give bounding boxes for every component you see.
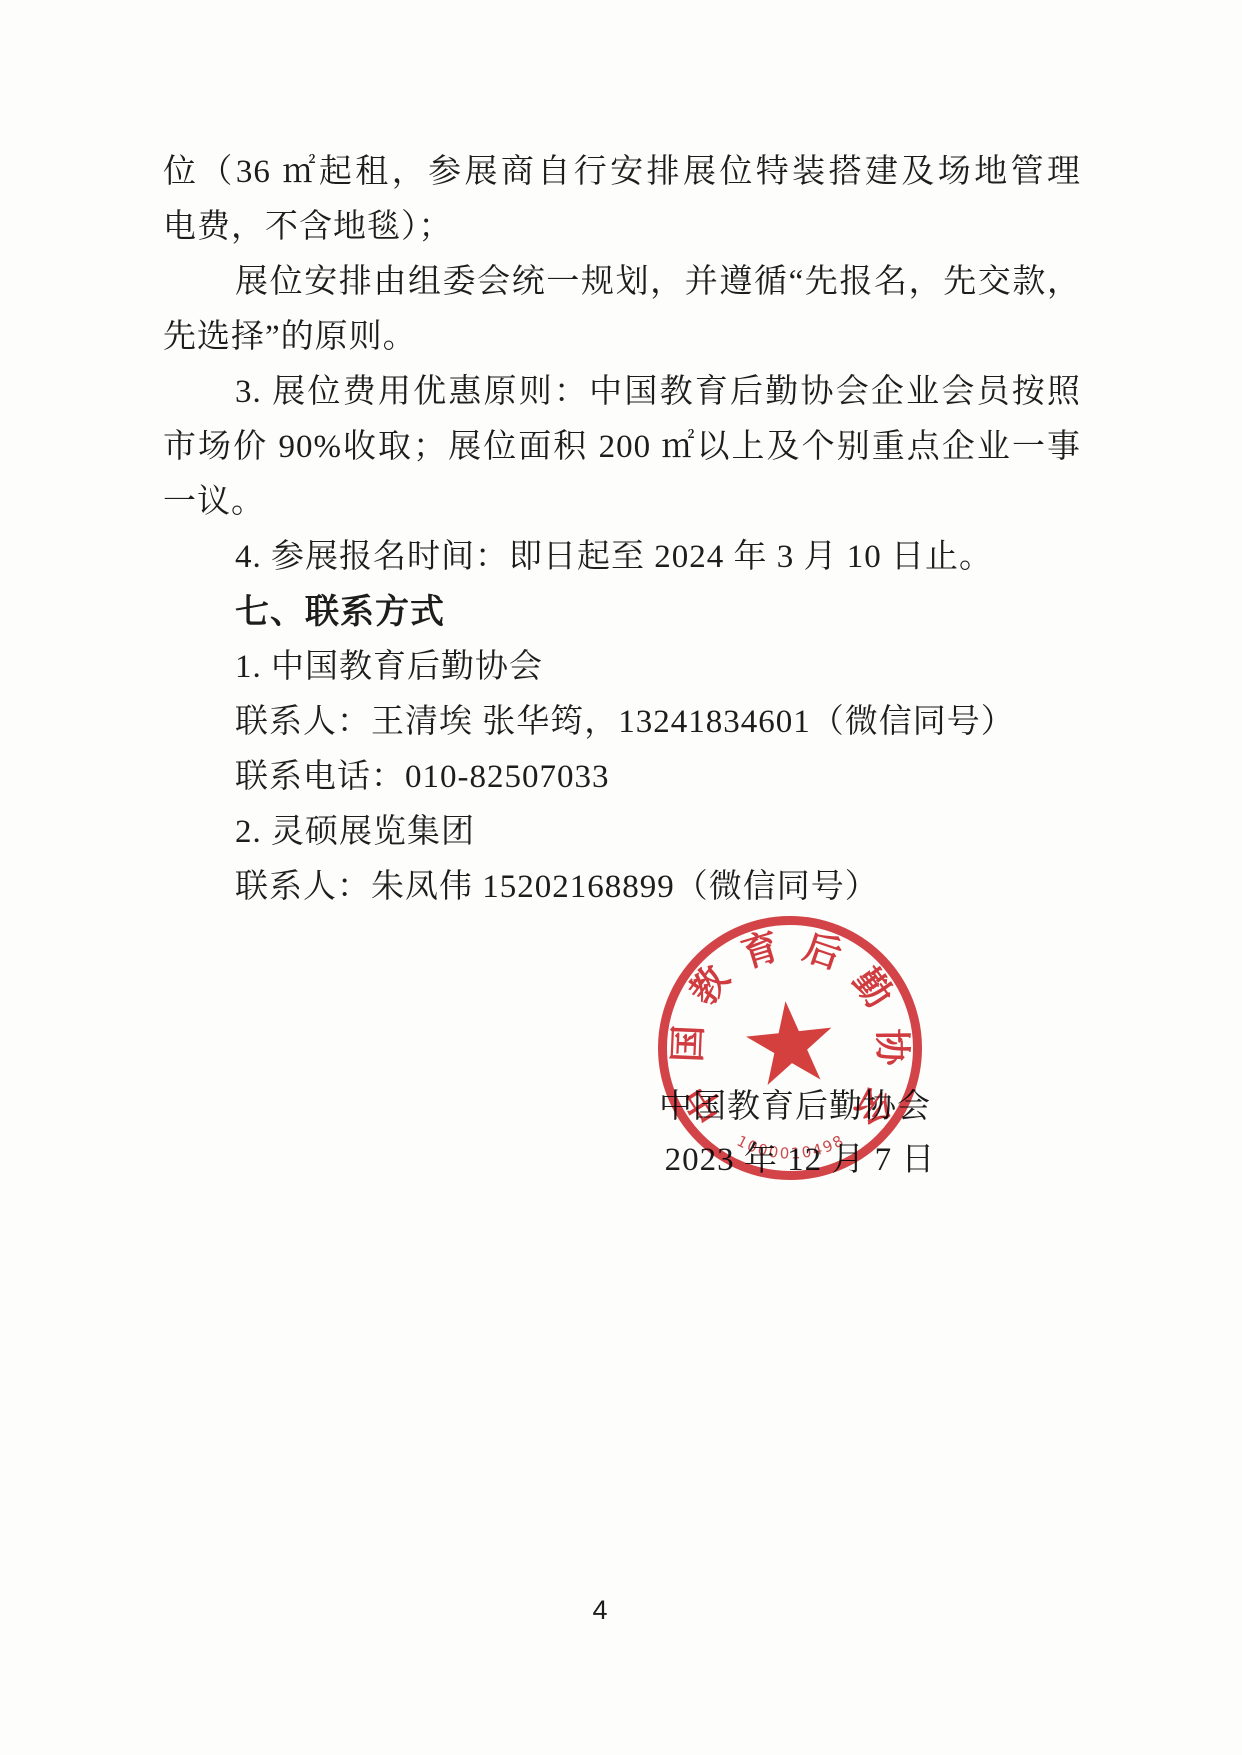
- text-line: 联系人：王清埃 张华筠，13241834601（微信同号）: [163, 695, 1081, 750]
- text-line: 联系人：朱凤伟 15202168899（微信同号）: [163, 860, 1081, 915]
- text-line: 先选择”的原则。: [163, 310, 1081, 365]
- official-seal: ★ 中国教育后勤协会 1000010498: [658, 916, 922, 1180]
- seal-ring-char: 协: [872, 1028, 909, 1065]
- text-line: 1. 中国教育后勤协会: [163, 640, 1081, 695]
- text-line: 4. 参展报名时间：即日起至 2024 年 3 月 10 日止。: [163, 530, 1081, 585]
- seal-ring-char: 国: [670, 1025, 709, 1064]
- text-line: 位（36 ㎡起租，参展商自行安排展位特装搭建及场地管理费、: [163, 145, 1081, 200]
- text-line: 七、联系方式: [163, 585, 1081, 640]
- seal-code-digit: 0: [779, 1146, 789, 1161]
- seal-code-digit: 1: [790, 1146, 800, 1161]
- text-line: 展位安排由组委会统一规划，并遵循“先报名，先交款，: [163, 255, 1081, 310]
- text-line: 市场价 90%收取；展位面积 200 ㎡以上及个别重点企业一事: [163, 420, 1081, 475]
- text-line: 电费，不含地毯）；: [163, 200, 1081, 255]
- text-block: 位（36 ㎡起租，参展商自行安排展位特装搭建及场地管理费、电费，不含地毯）；展位…: [163, 145, 1081, 915]
- star-icon: ★: [734, 983, 846, 1105]
- text-line: 2. 灵硕展览集团: [163, 805, 1081, 860]
- text-line: 3. 展位费用优惠原则：中国教育后勤协会企业会员按照: [163, 365, 1081, 420]
- page-number: 4: [560, 1595, 640, 1626]
- document-page: 位（36 ㎡起租，参展商自行安排展位特装搭建及场地管理费、电费，不含地毯）；展位…: [0, 0, 1242, 1755]
- text-line: 一议。: [163, 475, 1081, 530]
- text-line: 联系电话：010-82507033: [163, 750, 1081, 805]
